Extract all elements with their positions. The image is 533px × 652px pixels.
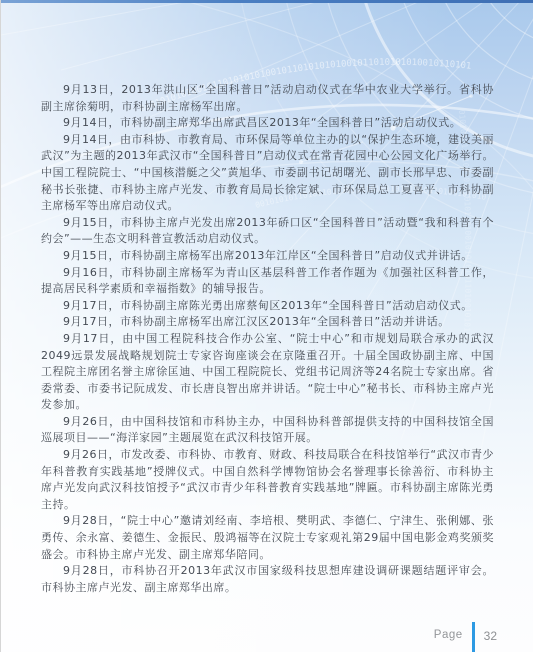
- paragraph: 9月17日，市科协副主席杨军出席江汉区2013年“全国科普日”活动并讲话。: [41, 314, 494, 331]
- paragraph: 9月15日，市科协主席卢光发出席2013年硚口区“全国科普日”活动暨“我和科普有…: [41, 215, 494, 248]
- page-label: Page: [434, 622, 463, 641]
- page-number-divider: [472, 622, 475, 652]
- paragraph: 9月16日，市科协副主席杨军为青山区基层科普工作者作题为《加强社区科普工作，提高…: [41, 265, 494, 298]
- paragraph: 9月14日，由市科协、市教育局、市环保局等单位主办的以“保护生态环境，建设美丽武…: [41, 132, 494, 215]
- page-footer: Page 32: [434, 622, 497, 652]
- paragraph: 9月13日，2013年洪山区“全国科普日”活动启动仪式在华中农业大学举行。省科协…: [41, 82, 494, 115]
- paragraph: 9月26日，市发改委、市科协、市教育、财政、科技局联合在科技馆举行“武汉市青少年…: [41, 447, 494, 513]
- paragraph: 9月26日，由中国科技馆和市科协主办，中国科协科普部提供支持的中国科技馆全国巡展…: [41, 414, 494, 447]
- paragraph: 9月28日，市科协召开2013年武汉市国家级科技思想库建设调研课题结题评审会。市…: [41, 563, 494, 596]
- paragraph: 9月17日，由中国工程院科技合作办公室、“院士中心”和市规划局联合承办的武汉20…: [41, 331, 494, 414]
- paragraph: 9月17日，市科协副主席陈光勇出席蔡甸区2013年“全国科普日”活动启动仪式。: [41, 298, 494, 315]
- page-number: 32: [484, 622, 497, 643]
- paragraph: 9月15日，市科协副主席杨军出席2013年江岸区“全国科普日”启动仪式并讲话。: [41, 248, 494, 265]
- document-page: 0101010101001011010101010010110101010100…: [0, 0, 533, 652]
- paragraph: 9月14日，市科协副主席郑华出席武昌区2013年“全国科普日”活动启动仪式。: [41, 115, 494, 132]
- paragraph: 9月28日，“院士中心”邀请刘经南、李培根、樊明武、李德仁、宁津生、张俐娜、张勇…: [41, 513, 494, 563]
- page-content: 9月13日，2013年洪山区“全国科普日”活动启动仪式在华中农业大学举行。省科协…: [41, 82, 494, 596]
- top-accent-bar: [1, 0, 533, 3]
